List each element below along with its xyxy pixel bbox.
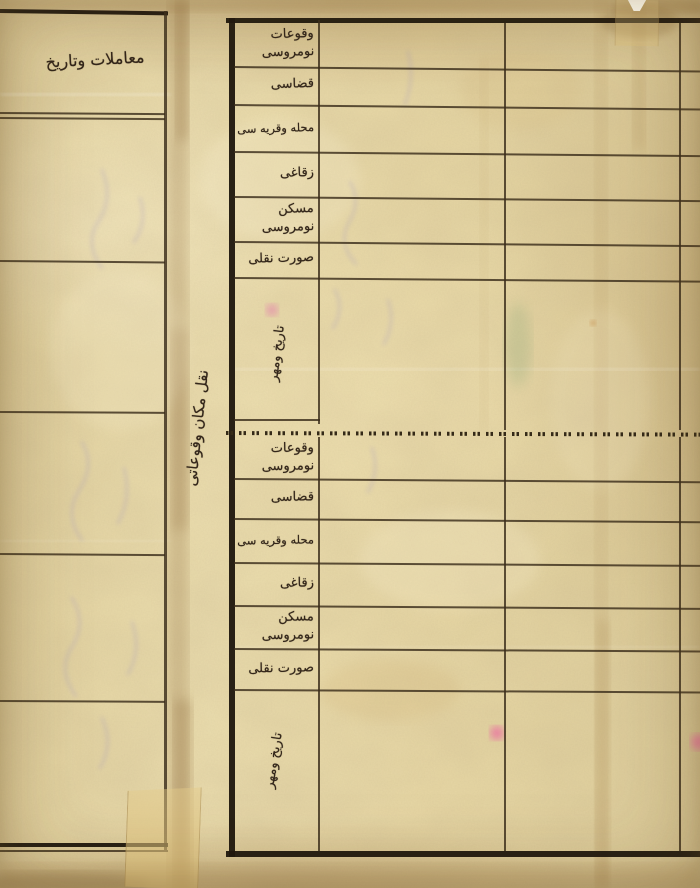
row-label-transfer-type: صورت نقلى xyxy=(236,647,319,689)
row-label-street: زقاغى xyxy=(236,561,319,605)
grid-line-h xyxy=(234,277,700,283)
column-divider xyxy=(504,23,506,430)
column-divider xyxy=(679,437,681,851)
scanned-document-page: معاملات وتاريخ نقل مكان وقوعاتى xyxy=(0,0,700,888)
row-label-district: قضاسى xyxy=(235,65,318,105)
row-label-date-seal: تاريخ ومهر xyxy=(260,715,289,806)
row-label-event-number: وقوعات نومروسى xyxy=(236,437,319,478)
row-label-house-number: مسكن نومروسى xyxy=(235,195,318,242)
row-label-quarter-village: محله وقريه سى xyxy=(236,517,319,562)
table-bottom-border xyxy=(226,851,700,857)
row-label-event-number: وقوعات نومروسى xyxy=(235,20,318,67)
row-label-transfer-type: صورت نقلى xyxy=(236,240,319,278)
half-separator-dotted-line xyxy=(226,431,700,437)
row-label-house-number: مسكن نومروسى xyxy=(236,604,319,648)
header-cell-bottom-line xyxy=(234,419,320,421)
row-label-date-seal: تاريخ ومهر xyxy=(264,308,290,399)
row-label-quarter-village: محله وقريه سى xyxy=(235,103,318,152)
row-label-district: قضاسى xyxy=(236,477,319,518)
tape-patch xyxy=(124,785,202,888)
register-table: وقوعات نومروسى قضاسى محله وقريه سى زقاغى… xyxy=(0,0,700,888)
table-left-border xyxy=(229,18,235,857)
grid-line-h xyxy=(234,689,700,693)
row-label-street: زقاغى xyxy=(235,150,318,197)
header-column-divider xyxy=(318,20,320,424)
column-divider xyxy=(679,23,681,430)
column-divider xyxy=(504,437,506,851)
